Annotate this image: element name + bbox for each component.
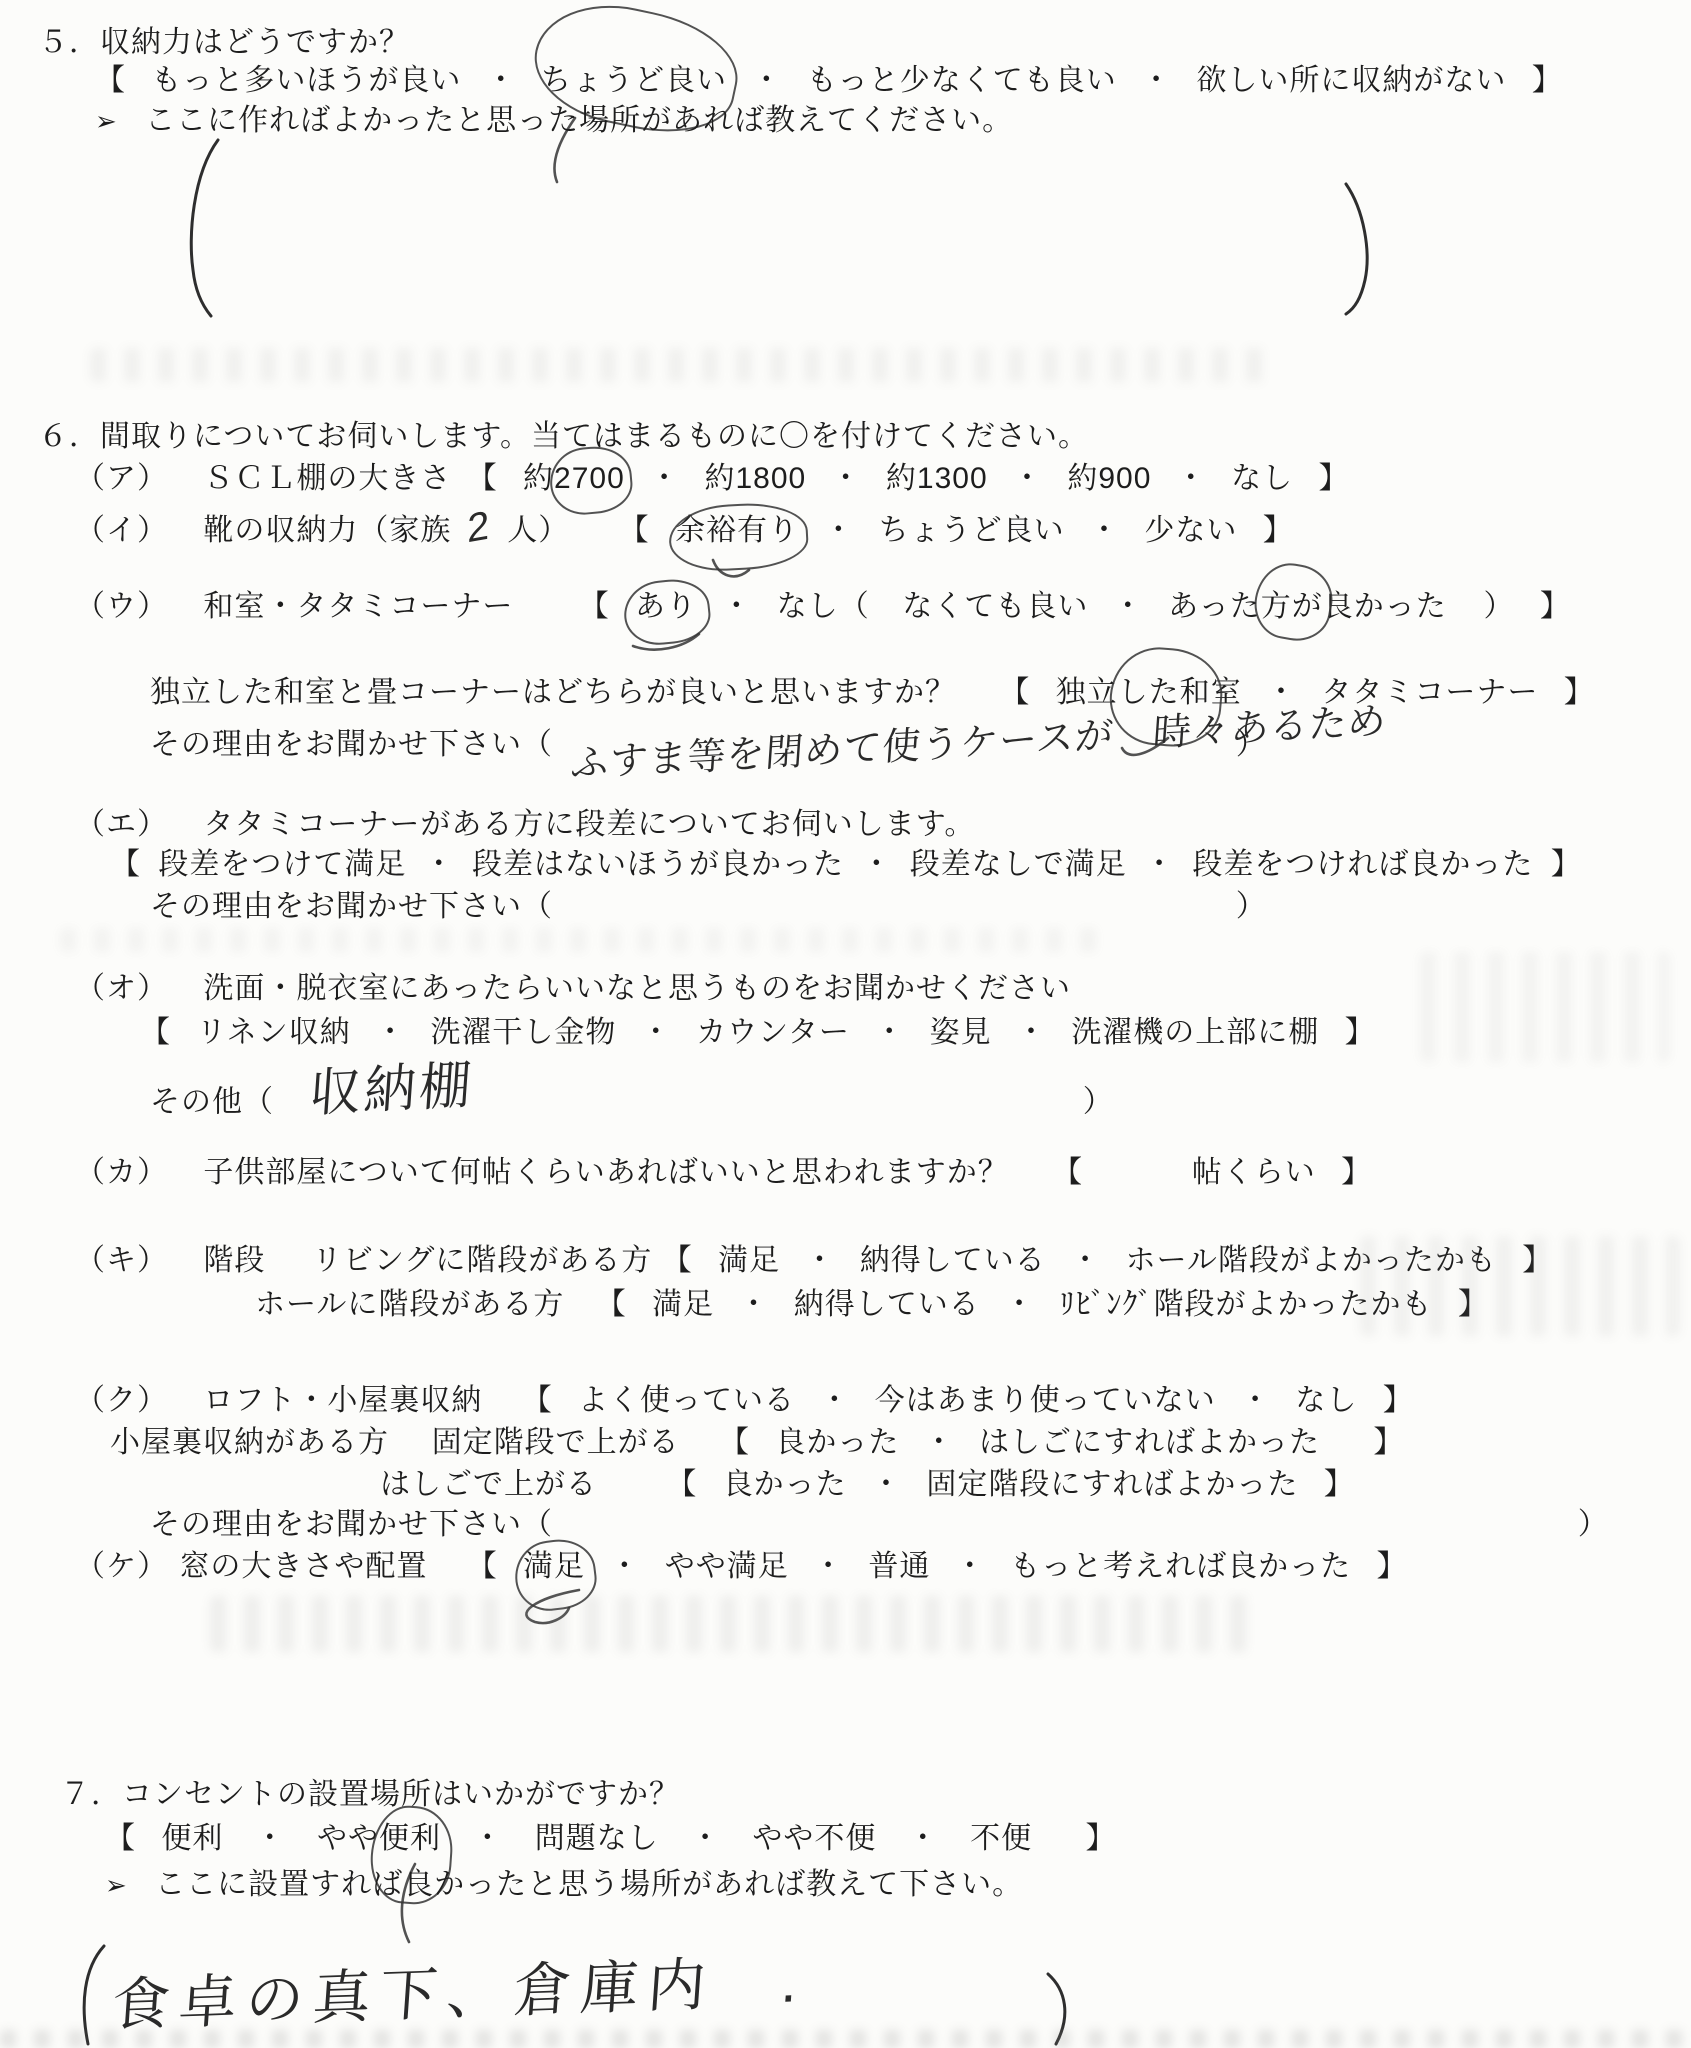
bracket-open: 【 bbox=[666, 1468, 697, 1501]
option: 良かった bbox=[723, 1468, 847, 1501]
q7-options-line: 【 便利 ・ やや 便利 ・ 問題なし ・ やや不便 ・ 不便 】 bbox=[105, 1820, 1116, 1858]
q7-option-circled: 便利 bbox=[379, 1820, 441, 1858]
separator-dot: ・ bbox=[690, 1822, 721, 1855]
q6-e-label: タタミコーナーがある方に段差についてお伺いします。 bbox=[203, 808, 975, 841]
option: 満足 bbox=[718, 1244, 780, 1277]
separator-dot: ・ bbox=[823, 514, 854, 547]
bracket-close: 】 bbox=[1345, 1016, 1376, 1049]
separator-dot: ・ bbox=[649, 462, 680, 495]
size-prefix: 約 bbox=[523, 462, 554, 495]
separator-dot: ・ bbox=[1240, 1384, 1271, 1417]
item-tag: （ク） bbox=[75, 1384, 168, 1417]
q6-e-line: （エ） タタミコーナーがある方に段差についてお伺いします。 bbox=[75, 806, 975, 844]
option: 洗濯機の上部に棚 bbox=[1071, 1016, 1319, 1049]
q6-e-options-line: 【 段差をつけて満足 ・ 段差はないほうが良かった ・ 段差なしで満足 ・ 段差… bbox=[110, 846, 1582, 884]
row-label: ホールに階段がある方 bbox=[255, 1288, 564, 1321]
separator-dot: ・ bbox=[375, 1016, 406, 1049]
handwritten-family-count: 2 bbox=[467, 499, 492, 554]
q6-ki-label: 階段 bbox=[203, 1244, 265, 1277]
bracket-close: 】 bbox=[1564, 676, 1595, 709]
pen-tail-stroke bbox=[631, 630, 703, 654]
option: 納得している bbox=[860, 1244, 1046, 1277]
option: カウンター bbox=[696, 1016, 850, 1049]
q6-o-other-line: その他（ 収納棚 ） bbox=[150, 1056, 1114, 1121]
sub-label: はしごで上がる bbox=[380, 1468, 597, 1501]
separator-dot: ・ bbox=[1016, 1016, 1047, 1049]
q6-a-option-circled: 2700 bbox=[554, 460, 625, 498]
separator-dot: ・ bbox=[641, 1016, 672, 1049]
option: 少ない bbox=[1144, 514, 1237, 547]
option: 満足 bbox=[652, 1288, 714, 1321]
q6-u-question2: 独立した和室と畳コーナーはどちらが良いと思いますか？ bbox=[150, 676, 956, 709]
separator-dot: ・ bbox=[871, 1468, 902, 1501]
bleed-through-artifact bbox=[60, 928, 1100, 952]
reason-label: その理由をお聞かせ下さい（ bbox=[150, 1508, 553, 1541]
option: 約1800 bbox=[704, 462, 806, 495]
row-label: 小屋裏収納がある方 bbox=[110, 1426, 389, 1459]
option-label: 方が bbox=[1261, 590, 1323, 623]
separator-dot: ・ bbox=[609, 1550, 640, 1583]
option-label: 2700 bbox=[554, 462, 625, 495]
bracket-close: 】 bbox=[1373, 1426, 1404, 1459]
bracket-close: 】 bbox=[1263, 514, 1294, 547]
option: 納得している bbox=[794, 1288, 980, 1321]
q7-title: ７．コンセントの設置場所はいかがですか？ bbox=[60, 1776, 680, 1814]
pen-tail-stroke bbox=[709, 558, 751, 586]
separator-dot: ・ bbox=[1176, 462, 1207, 495]
bracket-close: 】 bbox=[1376, 1550, 1407, 1583]
answer-area-paren-right bbox=[1338, 182, 1378, 316]
item-tag: （イ） bbox=[75, 514, 168, 547]
reason-label: その理由をお聞かせ下さい（ bbox=[150, 890, 553, 923]
option: 段差なしで満足 bbox=[910, 848, 1127, 881]
option: ちょうど良い bbox=[879, 514, 1065, 547]
separator-dot: ・ bbox=[751, 64, 782, 97]
separator-dot: ・ bbox=[831, 462, 862, 495]
q6-u-reason-line: その理由をお聞かせ下さい（ ふすま等を閉めて使うケースが 時々あるため ） bbox=[150, 716, 1267, 764]
q6-ku-line2: 小屋裏収納がある方 固定階段で上がる 【 良かった ・ はしごにすればよかった … bbox=[110, 1424, 1404, 1462]
q6-i-line: （イ） 靴の収納力（家族 2 人） 【 余裕有り ・ ちょうど良い ・ 少ない … bbox=[75, 502, 1294, 552]
separator-dot: ・ bbox=[738, 1288, 769, 1321]
bracket-open: 【 bbox=[95, 64, 126, 97]
option: 固定階段にすればよかった bbox=[926, 1468, 1298, 1501]
q6-ku-label: ロフト・小屋裏収納 bbox=[203, 1384, 482, 1417]
paren-close: ） bbox=[1483, 590, 1514, 623]
survey-page: ５．収納力はどうですか？ 【 もっと多いほうが良い ・ ちょうど良い ・ もっと… bbox=[0, 0, 1691, 2048]
separator-dot: ・ bbox=[721, 590, 752, 623]
handwritten-reason: ふすま等を閉めて使うケースが 時々あるため bbox=[569, 698, 1388, 789]
other-answer-area: 収納棚 bbox=[283, 1056, 1073, 1121]
q6-title: ６．間取りについてお伺いします。当てはまるものに〇を付けてください。 bbox=[38, 418, 1089, 456]
option-label: 便利 bbox=[379, 1822, 441, 1855]
sub-option: なくても良い bbox=[902, 590, 1088, 623]
option: 姿見 bbox=[930, 1016, 992, 1049]
q6-a-label: ＳＣＬ棚の大きさ bbox=[203, 462, 451, 495]
separator-dot: ・ bbox=[924, 1426, 955, 1459]
bracket-close: 】 bbox=[1318, 462, 1349, 495]
q6-e-reason-line: その理由をお聞かせ下さい（ ） bbox=[150, 888, 1267, 926]
bracket-open: 【 bbox=[596, 1288, 627, 1321]
q6-i-option-circled: 余裕有り bbox=[675, 512, 799, 550]
option: やや満足 bbox=[665, 1550, 789, 1583]
reason-label: その理由をお聞かせ下さい（ bbox=[150, 728, 553, 761]
q6-u-line: （ウ） 和室・タタミコーナー 【 あり ・ なし（ なくても良い ・ あった方が… bbox=[75, 588, 1571, 626]
option-post: 室 bbox=[1211, 676, 1242, 709]
option-label: 余裕有り bbox=[675, 514, 799, 547]
separator-dot: ・ bbox=[819, 1384, 850, 1417]
option: なし bbox=[1231, 462, 1293, 495]
arrow-icon: ➢ bbox=[95, 106, 118, 136]
q6-ka-label: 子供部屋について何帖くらいあればいいと思われますか？ bbox=[203, 1156, 1008, 1189]
option: 段差をつければ良かった bbox=[1192, 848, 1533, 881]
row-label: リビングに階段がある方 bbox=[312, 1244, 652, 1277]
separator-dot: ・ bbox=[472, 1822, 503, 1855]
paren-close: ） bbox=[1236, 890, 1267, 923]
q6-u-suboption-circled: 方が bbox=[1261, 588, 1323, 626]
separator-dot: ・ bbox=[861, 848, 892, 881]
option: 約1300 bbox=[886, 462, 988, 495]
option: 今はあまり使っていない bbox=[875, 1384, 1216, 1417]
item-tag: （カ） bbox=[75, 1156, 168, 1189]
option: 段差はないほうが良かった bbox=[472, 848, 844, 881]
option: 段差をつけて満足 bbox=[158, 848, 406, 881]
q6-u-option-circled: あり bbox=[635, 588, 697, 626]
option-label: した和 bbox=[1118, 676, 1211, 709]
bleed-through-artifact bbox=[1420, 952, 1670, 1062]
bracket-open: 【 bbox=[140, 1016, 171, 1049]
q6-o-line: （オ） 洗面・脱衣室にあったらいいなと思うものをお聞かせください bbox=[75, 970, 1071, 1008]
item-tag: （オ） bbox=[75, 972, 168, 1005]
bracket-close: 】 bbox=[1341, 1156, 1372, 1189]
q6-ki-line2: ホールに階段がある方 【 満足 ・ 納得している ・ ﾘﾋﾞﾝｸﾞ階段がよかった… bbox=[255, 1286, 1489, 1324]
q5-title: ５．収納力はどうですか？ bbox=[38, 24, 410, 62]
bracket-open: 【 bbox=[579, 590, 610, 623]
item-tag: （ア） bbox=[75, 462, 168, 495]
separator-dot: ・ bbox=[255, 1822, 286, 1855]
bracket-open: 【 bbox=[467, 1550, 498, 1583]
q5-option-1: もっと多いほうが良い bbox=[151, 64, 461, 97]
separator-dot: ・ bbox=[1141, 64, 1172, 97]
option-pre: 独立 bbox=[1056, 676, 1118, 709]
q6-ku-line3: はしごで上がる 【 良かった ・ 固定階段にすればよかった 】 bbox=[380, 1466, 1355, 1504]
unit-label: 帖くらい bbox=[1192, 1156, 1316, 1189]
q6-ke-label: 窓の大きさや配置 bbox=[179, 1550, 427, 1583]
option: 良かった bbox=[775, 1426, 899, 1459]
paren-close: ） bbox=[1083, 1086, 1114, 1119]
other-label: その他（ bbox=[150, 1086, 274, 1119]
bracket-open: 【 bbox=[1052, 1156, 1083, 1189]
bracket-open: 【 bbox=[999, 676, 1030, 709]
bleed-through-artifact bbox=[0, 2030, 1691, 2048]
separator-dot: ・ bbox=[486, 64, 517, 97]
separator-dot: ・ bbox=[424, 848, 455, 881]
q6-i-label: 靴の収納力（家族 bbox=[203, 514, 451, 547]
q5-prompt: ここに作ればよかったと思った場所があれば教えてください。 bbox=[145, 104, 1013, 137]
q6-o-options-line: 【 リネン収納 ・ 洗濯干し金物 ・ カウンター ・ 姿見 ・ 洗濯機の上部に棚… bbox=[140, 1014, 1376, 1052]
option-pre: やや bbox=[317, 1822, 379, 1855]
arrow-icon: ➢ bbox=[105, 1870, 128, 1900]
bracket-close: 】 bbox=[1540, 590, 1571, 623]
item-tag: （ケ） bbox=[75, 1550, 168, 1583]
separator-dot: ・ bbox=[955, 1550, 986, 1583]
separator-dot: ・ bbox=[908, 1822, 939, 1855]
bracket-close: 】 bbox=[1532, 64, 1563, 97]
option: 問題なし bbox=[535, 1822, 659, 1855]
bracket-close: 】 bbox=[1551, 848, 1582, 881]
separator-dot: ・ bbox=[1012, 462, 1043, 495]
q6-i-label-post: 人） bbox=[507, 514, 569, 547]
q6-ka-line: （カ） 子供部屋について何帖くらいあればいいと思われますか？ 【 帖くらい 】 bbox=[75, 1154, 1372, 1192]
reason-answer-area: ふすま等を閉めて使うケースが 時々あるため bbox=[562, 716, 1226, 764]
separator-dot: ・ bbox=[1070, 1244, 1101, 1277]
q7-prompt-line: ➢ ここに設置すれば良かったと思う場所があれば教えて下さい。 bbox=[105, 1866, 1023, 1904]
paren-close: ） bbox=[1578, 1508, 1609, 1541]
separator-dot: ・ bbox=[1144, 848, 1175, 881]
sub-option-pre: あった bbox=[1168, 590, 1261, 623]
option-label: あり bbox=[635, 590, 697, 623]
q5-option-4: 欲しい所に収納がない bbox=[1196, 64, 1506, 97]
option: 普通 bbox=[868, 1550, 930, 1583]
option-label: ちょうど良い bbox=[541, 64, 727, 97]
bracket-open: 【 bbox=[719, 1426, 750, 1459]
sub-option-post: 良かった bbox=[1323, 590, 1447, 623]
separator-dot: ・ bbox=[1089, 514, 1120, 547]
option: よく使っている bbox=[578, 1384, 795, 1417]
bracket-open: 【 bbox=[662, 1244, 693, 1277]
q5-options-line: 【 もっと多いほうが良い ・ ちょうど良い ・ もっと少なくても良い ・ 欲しい… bbox=[95, 62, 1563, 100]
q6-ke-line: （ケ） 窓の大きさや配置 【 満足 ・ やや満足 ・ 普通 ・ もっと考えれば良… bbox=[75, 1548, 1407, 1586]
option: リネン収納 bbox=[196, 1016, 350, 1049]
bracket-close: 】 bbox=[1324, 1468, 1355, 1501]
item-tag: （ウ） bbox=[75, 590, 168, 623]
sub-label: 固定階段で上がる bbox=[432, 1426, 680, 1459]
handwritten-answer: 食卓の真下、倉庫内 . bbox=[109, 1934, 810, 2043]
q5-option-2-circled: ちょうど良い bbox=[541, 62, 727, 100]
q6-o-label: 洗面・脱衣室にあったらいいなと思うものをお聞かせください bbox=[203, 972, 1071, 1005]
separator-dot: ・ bbox=[804, 1244, 835, 1277]
q5-option-3: もっと少なくても良い bbox=[807, 64, 1117, 97]
option: もっと考えれば良かった bbox=[1010, 1550, 1351, 1583]
separator-dot: ・ bbox=[1113, 590, 1144, 623]
separator-dot: ・ bbox=[1004, 1288, 1035, 1321]
bracket-close: 】 bbox=[1383, 1384, 1414, 1417]
q6-ku-line1: （ク） ロフト・小屋裏収納 【 よく使っている ・ 今はあまり使っていない ・ … bbox=[75, 1382, 1414, 1420]
bracket-open: 【 bbox=[110, 848, 141, 881]
bleed-through-artifact bbox=[1360, 1236, 1680, 1336]
q6-ku-reason-line: その理由をお聞かせ下さい（ ） bbox=[150, 1506, 1609, 1544]
option: 洗濯干し金物 bbox=[430, 1016, 616, 1049]
q6-ke-option-circled: 満足 bbox=[523, 1548, 585, 1586]
q6-a-line: （ア） ＳＣＬ棚の大きさ 【 約2700 ・ 約1800 ・ 約1300 ・ 約… bbox=[75, 460, 1349, 498]
bracket-open: 【 bbox=[522, 1384, 553, 1417]
handwritten-other: 収納棚 bbox=[307, 1054, 476, 1128]
option: 便利 bbox=[161, 1822, 223, 1855]
bracket-close: 】 bbox=[1085, 1822, 1116, 1855]
option-label: 満足 bbox=[523, 1550, 585, 1583]
q6-u-q2-option-circled: した和 bbox=[1118, 674, 1211, 712]
option: はしごにすればよかった bbox=[979, 1426, 1320, 1459]
bracket-open: 【 bbox=[619, 514, 650, 547]
bleed-through-artifact bbox=[90, 348, 1270, 382]
q7-prompt: ここに設置すれば良かったと思う場所があれば教えて下さい。 bbox=[155, 1868, 1023, 1901]
option: 約900 bbox=[1067, 462, 1151, 495]
bracket-open: 【 bbox=[467, 462, 498, 495]
q6-u-label: 和室・タタミコーナー bbox=[203, 590, 513, 623]
q5-prompt-line: ➢ ここに作ればよかったと思った場所があれば教えてください。 bbox=[95, 102, 1013, 140]
separator-dot: ・ bbox=[813, 1550, 844, 1583]
separator-dot: ・ bbox=[874, 1016, 905, 1049]
option: なし bbox=[1295, 1384, 1357, 1417]
option: なし（ bbox=[777, 590, 870, 623]
option: やや不便 bbox=[752, 1822, 876, 1855]
q6-ki-line1: （キ） 階段 リビングに階段がある方 【 満足 ・ 納得している ・ ホール階段… bbox=[75, 1242, 1553, 1280]
item-tag: （エ） bbox=[75, 808, 168, 841]
bracket-open: 【 bbox=[105, 1822, 136, 1855]
bleed-through-artifact bbox=[210, 1596, 1260, 1652]
option: 不便 bbox=[970, 1822, 1032, 1855]
item-tag: （キ） bbox=[75, 1244, 168, 1277]
answer-area-paren-left bbox=[180, 138, 226, 318]
